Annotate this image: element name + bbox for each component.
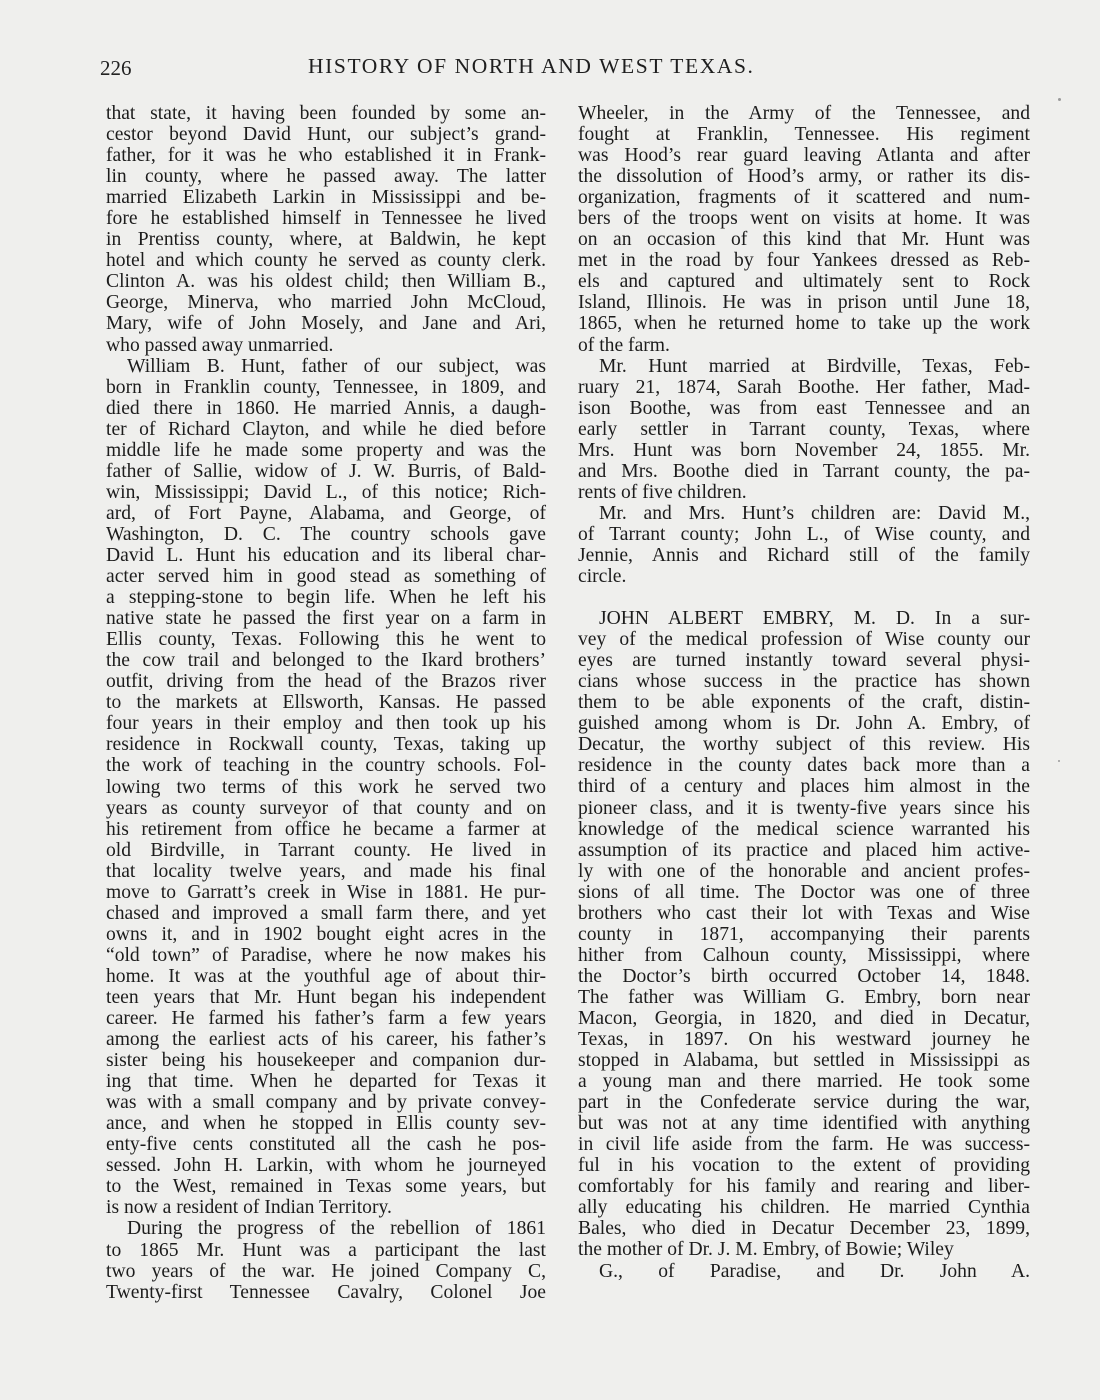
text-line: teen years that Mr. Hunt began his indep…	[106, 987, 546, 1008]
text-line: Clinton A. was his oldest child; then Wi…	[106, 271, 546, 292]
text-line: among the earliest acts of his career, h…	[106, 1029, 546, 1050]
text-line: ison Boothe, was from east Tennessee and…	[578, 398, 1030, 419]
text-line: cians whose success in the practice has …	[578, 671, 1030, 692]
text-line: David L. Hunt his education and its libe…	[106, 545, 546, 566]
text-line: is now a resident of Indian Territory.	[106, 1197, 546, 1218]
text-line: two years of the war. He joined Company …	[106, 1261, 546, 1282]
text-line: lin county, where he passed away. The la…	[106, 166, 546, 187]
text-line: Mrs. Hunt was born November 24, 1855. Mr…	[578, 440, 1030, 461]
text-line: career. He farmed his father’s farm a fe…	[106, 1008, 546, 1029]
text-line: Washington, D. C. The country schools ga…	[106, 524, 546, 545]
text-line: of Tarrant county; John L., of Wise coun…	[578, 524, 1030, 545]
text-line: Mary, wife of John Mosely, and Jane and …	[106, 313, 546, 334]
text-line: stopped in Alabama, but settled in Missi…	[578, 1050, 1030, 1071]
text-line: years as county surveyor of that county …	[106, 798, 546, 819]
text-line: on an occasion of this kind that Mr. Hun…	[578, 229, 1030, 250]
text-line: sister being his housekeeper and compani…	[106, 1050, 546, 1071]
text-line: the mother of Dr. J. M. Embry, of Bowie;…	[578, 1239, 1030, 1260]
text-line: father, for it was he who established it…	[106, 145, 546, 166]
text-line: a stepping-stone to begin life. When he …	[106, 587, 546, 608]
text-line: brothers who cast their lot with Texas a…	[578, 903, 1030, 924]
text-line: Mr. Hunt married at Birdville, Texas, Fe…	[578, 356, 1030, 377]
text-line: rents of five children.	[578, 482, 1030, 503]
text-line: early settler in Tarrant county, Texas, …	[578, 419, 1030, 440]
text-line: Wheeler, in the Army of the Tennessee, a…	[578, 103, 1030, 124]
text-line: that state, it having been founded by so…	[106, 103, 546, 124]
text-line: his retirement from office he became a f…	[106, 819, 546, 840]
text-line: third of a century and places him almost…	[578, 776, 1030, 797]
section-heading-line: JOHN ALBERT EMBRY, M. D. In a sur-	[578, 608, 1030, 629]
running-title: HISTORY OF NORTH AND WEST TEXAS.	[308, 54, 755, 79]
text-line: them to be able exponents of the craft, …	[578, 692, 1030, 713]
text-line: old Birdville, in Tarrant county. He liv…	[106, 840, 546, 861]
text-line: Island, Illinois. He was in prison until…	[578, 292, 1030, 313]
text-line: but was not at any time identified with …	[578, 1113, 1030, 1134]
text-line: Bales, who died in Decatur December 23, …	[578, 1218, 1030, 1239]
page-number: 226	[100, 56, 132, 81]
text-line: owns it, and in 1902 bought eight acres …	[106, 924, 546, 945]
text-line: that locality twelve years, and made his…	[106, 861, 546, 882]
text-line: of the farm.	[578, 335, 1030, 356]
text-line: During the progress of the rebellion of …	[106, 1218, 546, 1239]
text-line: vey of the medical profession of Wise co…	[578, 629, 1030, 650]
text-line: ter of Richard Clayton, and while he die…	[106, 419, 546, 440]
paper-speck	[1058, 98, 1061, 101]
page-header: 226 HISTORY OF NORTH AND WEST TEXAS.	[100, 54, 1040, 84]
text-line: Texas, in 1897. On his westward journey …	[578, 1029, 1030, 1050]
text-line: native state he passed the first year on…	[106, 608, 546, 629]
text-line: sions of all time. The Doctor was one of…	[578, 882, 1030, 903]
text-line: acter served him in good stead as someth…	[106, 566, 546, 587]
text-line: Macon, Georgia, in 1820, and died in Dec…	[578, 1008, 1030, 1029]
text-line: who passed away unmarried.	[106, 335, 546, 356]
text-line: was Hood’s rear guard leaving Atlanta an…	[578, 145, 1030, 166]
text-line: ard, of Fort Payne, Alabama, and George,…	[106, 503, 546, 524]
paper-speck	[1058, 760, 1060, 762]
text-line: residence in Rockwall county, Texas, tak…	[106, 734, 546, 755]
text-line: cestor beyond David Hunt, our subject’s …	[106, 124, 546, 145]
text-line: ly with one of the honorable and ancient…	[578, 861, 1030, 882]
text-line: 1865, when he returned home to take up t…	[578, 313, 1030, 334]
text-line: ful in his vocation to the extent of pro…	[578, 1155, 1030, 1176]
text-line: to the markets at Ellsworth, Kansas. He …	[106, 692, 546, 713]
text-line: eyes are turned instantly toward several…	[578, 650, 1030, 671]
text-line: circle.	[578, 566, 1030, 587]
text-line: fought at Franklin, Tennessee. His regim…	[578, 124, 1030, 145]
text-line: married Elizabeth Larkin in Mississippi …	[106, 187, 546, 208]
text-line: Decatur, the worthy subject of this revi…	[578, 734, 1030, 755]
text-line: chased and improved a small farm there, …	[106, 903, 546, 924]
right-column: Wheeler, in the Army of the Tennessee, a…	[578, 103, 1030, 1282]
text-line: county in 1871, accompanying their paren…	[578, 924, 1030, 945]
text-line: guished among whom is Dr. John A. Embry,…	[578, 713, 1030, 734]
section-gap	[578, 587, 1030, 608]
text-line: ally educating his children. He married …	[578, 1197, 1030, 1218]
text-line: in civil life aside from the farm. He wa…	[578, 1134, 1030, 1155]
text-line: fore he established himself in Tennessee…	[106, 208, 546, 229]
text-line: The father was William G. Embry, born ne…	[578, 987, 1030, 1008]
text-line: Jennie, Annis and Richard still of the f…	[578, 545, 1030, 566]
text-line: organization, fragments of it scattered …	[578, 187, 1030, 208]
text-line: to 1865 Mr. Hunt was a participant the l…	[106, 1240, 546, 1261]
text-line: William B. Hunt, father of our subject, …	[106, 356, 546, 377]
text-line: enty-five cents constituted all the cash…	[106, 1134, 546, 1155]
text-line: “old town” of Paradise, where he now mak…	[106, 945, 546, 966]
text-line: assumption of its practice and placed hi…	[578, 840, 1030, 861]
text-line: lowing two terms of this work he served …	[106, 777, 546, 798]
text-line: a young man and there married. He took s…	[578, 1071, 1030, 1092]
text-line: middle life he made some property and wa…	[106, 440, 546, 461]
text-line: born in Franklin county, Tennessee, in 1…	[106, 377, 546, 398]
text-line: G., of Paradise, and Dr. John A.	[578, 1261, 1030, 1282]
text-line: Mr. and Mrs. Hunt’s children are: David …	[578, 503, 1030, 524]
text-line: died there in 1860. He married Annis, a …	[106, 398, 546, 419]
text-line: the Doctor’s birth occurred October 14, …	[578, 966, 1030, 987]
text-line: els and captured and ultimately sent to …	[578, 271, 1030, 292]
text-line: outfit, driving from the head of the Bra…	[106, 671, 546, 692]
text-line: knowledge of the medical science warrant…	[578, 819, 1030, 840]
left-column: that state, it having been founded by so…	[106, 103, 546, 1303]
text-line: ruary 21, 1874, Sarah Boothe. Her father…	[578, 377, 1030, 398]
text-line: the cow trail and belonged to the Ikard …	[106, 650, 546, 671]
text-line: father of Sallie, widow of J. W. Burris,…	[106, 461, 546, 482]
text-line: hotel and which county he served as coun…	[106, 250, 546, 271]
text-line: ing that time. When he departed for Texa…	[106, 1071, 546, 1092]
text-line: to the West, remained in Texas some year…	[106, 1176, 546, 1197]
text-line: Twenty-first Tennessee Cavalry, Colonel …	[106, 1282, 546, 1303]
text-line: home. It was at the youthful age of abou…	[106, 966, 546, 987]
text-line: the work of teaching in the country scho…	[106, 755, 546, 776]
text-line: met in the road by four Yankees dressed …	[578, 250, 1030, 271]
text-line: move to Garratt’s creek in Wise in 1881.…	[106, 882, 546, 903]
text-line: the dissolution of Hood’s army, or rathe…	[578, 166, 1030, 187]
text-line: win, Mississippi; David L., of this noti…	[106, 482, 546, 503]
text-line: part in the Confederate service during t…	[578, 1092, 1030, 1113]
text-line: sessed. John H. Larkin, with whom he jou…	[106, 1155, 546, 1176]
text-line: and Mrs. Boothe died in Tarrant county, …	[578, 461, 1030, 482]
text-line: hither from Calhoun county, Mississippi,…	[578, 945, 1030, 966]
text-line: four years in their employ and then took…	[106, 713, 546, 734]
text-line: ance, and when he stopped in Ellis count…	[106, 1113, 546, 1134]
text-line: George, Minerva, who married John McClou…	[106, 292, 546, 313]
text-line: Ellis county, Texas. Following this he w…	[106, 629, 546, 650]
text-line: bers of the troops went on visits at hom…	[578, 208, 1030, 229]
text-line: in Prentiss county, where, at Baldwin, h…	[106, 229, 546, 250]
text-line: was with a small company and by private …	[106, 1092, 546, 1113]
text-line: residence in the county dates back more …	[578, 755, 1030, 776]
text-line: comfortably for his family and rearing a…	[578, 1176, 1030, 1197]
text-line: pioneer class, and it is twenty-five yea…	[578, 798, 1030, 819]
